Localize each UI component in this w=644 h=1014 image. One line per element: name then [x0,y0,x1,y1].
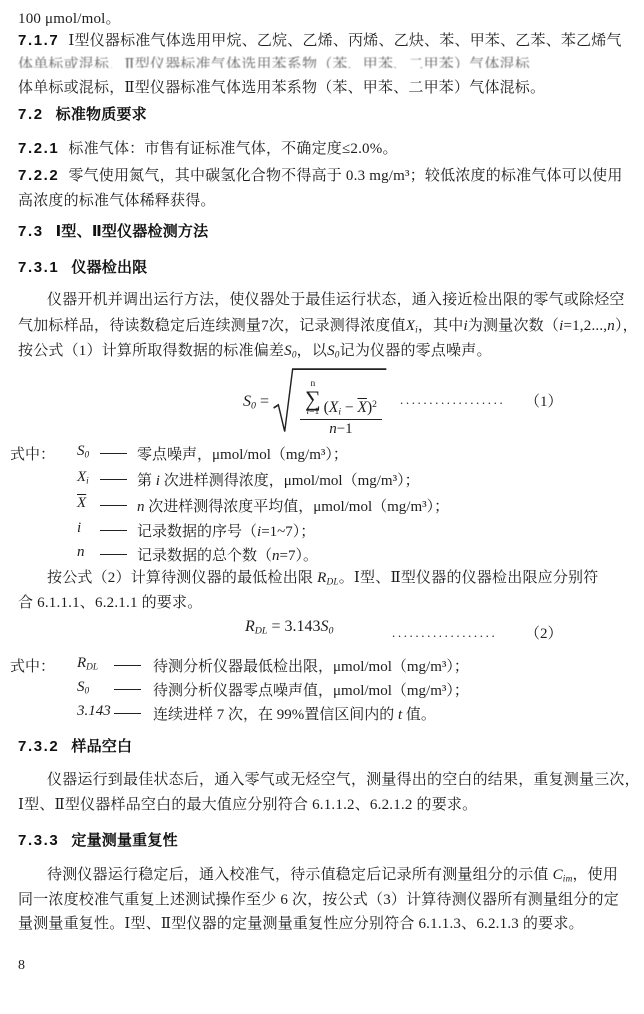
section-heading-7-3: 7.3Ⅰ型、Ⅱ型仪器检测方法 [18,220,208,241]
definition-row: Xi 第 i 次进样测得浓度，μmol/mol（mg/m³）； [0,469,644,495]
em-dash [100,530,127,531]
clause-7-2-1: 7.2.1标准气体：市售有证标准气体，不确定度≤2.0%。 [18,137,398,158]
clause-text: 零气使用氮气，其中碳氢化合物不得高于 0.3 mg/m³；较低浓度的标准气体可以… [68,168,622,184]
definition-row: X n 次进样测得浓度平均值，μmol/mol（mg/m³）； [0,495,644,521]
em-dash [100,479,127,480]
definition-row: i 记录数据的序号（i=1~7）； [0,520,644,546]
symbol-description: 连续进样 7 次，在 99%置信区间内的 t 值。 [153,703,436,724]
clause-7-1-7-line1: 7.1.7Ⅰ型仪器标准气体选用甲烷、乙烷、乙烯、丙烯、乙炔、苯、甲苯、乙苯、苯乙… [18,29,622,50]
symbol-description: 待测分析仪器零点噪声值，μmol/mol（mg/m³）； [153,679,469,700]
paragraph-line: 量测量重复性。Ⅰ型、Ⅱ型仪器的定量测量重复性应分别符合 6.1.1.3、6.2.… [18,912,584,933]
paragraph-line: 待测仪器运行稳定后，通入校准气，待示值稳定后记录所有测量组分的示值 Cim，使用 [47,863,618,884]
clause-number: 7.1.7 [18,32,59,49]
summation-lower-limit: i=1 [306,408,319,418]
em-dash [114,713,141,714]
where-label: 式中： [10,443,55,464]
symbol-description: n 次进样测得浓度平均值，μmol/mol（mg/m³）； [137,495,449,516]
paragraph-line: Ⅰ型、Ⅱ型仪器样品空白的最大值应分别符合 6.1.1.2、6.2.1.2 的要求… [18,793,477,814]
symbol: i [77,520,81,537]
clause-7-1-7-line2: 体单标或混标，Ⅱ型仪器标准气体选用苯系物（苯、甲苯、二甲苯）气体混标。 [18,76,545,97]
symbol-description: 零点噪声，μmol/mol（mg/m³）； [137,443,348,464]
page-number: 8 [18,958,25,974]
em-dash [100,554,127,555]
paragraph-line: 合 6.1.1.1、6.2.1.1 的要求。 [18,591,202,612]
heading-number: 7.3 [18,223,44,240]
symbol-description: 记录数据的序号（i=1~7）； [137,520,315,541]
symbol: RDL [77,655,98,672]
dot-leader: .................. [392,625,497,641]
symbol: 3.143 [77,703,111,720]
heading-number: 7.3.1 [18,259,59,276]
heading-number: 7.3.3 [18,832,59,849]
heading-title: 定量测量重复性 [71,832,177,849]
symbol: S0 [77,443,89,460]
definition-row: 式中： RDL 待测分析仪器最低检出限，μmol/mol（mg/m³）； [0,655,644,681]
summation: n ∑ i=1 [305,380,321,418]
definition-row: 3.143 连续进样 7 次，在 99%置信区间内的 t 值。 [0,703,644,729]
fraction: n ∑ i=1 (Xi − X)2 n−1 [300,380,382,438]
equation-1: S0 = n ∑ i=1 (Xi − X)2 [243,362,388,442]
symbol: Xi [77,469,89,486]
heading-title: 仪器检出限 [71,259,147,276]
formula-number: （1） [525,390,563,411]
em-dash [114,665,141,666]
clause-number: 7.2.1 [18,140,59,157]
square-root: n ∑ i=1 (Xi − X)2 n−1 [272,364,388,440]
paragraph-line: 气加标样品，待读数稳定后连续测量7次，记录测得浓度值Xi，其中i为测量次数（i=… [18,314,638,335]
paragraph-line: 仪器运行到最佳状态后，通入零气或无烃空气，测量得出的空白的结果，重复测量三次， [47,768,640,789]
clause-text: 标准气体：市售有证标准气体，不确定度≤2.0%。 [68,141,397,157]
symbol: X [77,495,86,512]
section-heading-7-3-3: 7.3.3定量测量重复性 [18,829,178,850]
scan-ghost-line: 体单标或混标，Ⅱ型仪器标准气体选用苯系物（苯、甲苯、二甲苯）气体混标 [18,53,530,68]
definition-row: S0 待测分析仪器零点噪声值，μmol/mol（mg/m³）； [0,679,644,705]
equation-2: RDL = 3.143S0 [245,618,333,636]
clause-number: 7.2.2 [18,167,59,184]
paragraph-line: 仪器开机并调出运行方法，使仪器处于最佳运行状态，通入接近检出限的零气或除烃空 [47,288,625,309]
numerator-expression: (Xi − X)2 [324,399,377,417]
section-heading-7-2: 7.2标准物质要求 [18,103,147,124]
formula-number: （2） [525,622,563,643]
paragraph-line: 同一浓度校准气重复上述测试操作至少 6 次，按公式（3）计算待测仪器所有测量组分… [18,888,619,909]
clause-text: Ⅰ型仪器标准气体选用甲烷、乙烷、乙烯、丙烯、乙炔、苯、甲苯、乙苯、苯乙烯气 [68,33,621,49]
ghost-text: 体单标或混标，Ⅱ型仪器标准气体选用苯系物（苯、甲苯、二甲苯）气体混标 [18,57,530,68]
clause-7-2-2-line2: 高浓度的标准气体稀释获得。 [18,189,216,210]
heading-title: 样品空白 [71,738,132,755]
symbol-description: 待测分析仪器最低检出限，μmol/mol（mg/m³）； [153,655,469,676]
denominator: n−1 [329,420,352,438]
document-page: 100 μmol/mol。 7.1.7Ⅰ型仪器标准气体选用甲烷、乙烷、乙烯、丙烯… [0,0,644,1014]
symbol-description: 记录数据的总个数（n=7）。 [137,544,318,565]
section-heading-7-3-1: 7.3.1仪器检出限 [18,256,147,277]
section-heading-7-3-2: 7.3.2样品空白 [18,735,132,756]
em-dash [114,689,141,690]
sigma-icon: ∑ [305,390,321,409]
formula-1: S0 = n ∑ i=1 (Xi − X)2 [0,362,644,442]
em-dash [100,505,127,506]
em-dash [100,453,127,454]
symbol-description: 第 i 次进样测得浓度，μmol/mol（mg/m³）； [137,469,420,490]
heading-number: 7.2 [18,106,44,123]
symbol: n [77,544,85,561]
dot-leader: .................. [400,392,505,408]
symbol: S0 [77,679,89,696]
equation-lhs: S0 = [243,393,269,411]
paragraph-line: 按公式（2）计算待测仪器的最低检出限 RDL。Ⅰ型、Ⅱ型仪器的仪器检出限应分别符 [47,566,598,587]
heading-title: Ⅰ型、Ⅱ型仪器检测方法 [56,223,209,240]
formula-2: RDL = 3.143S0 .................. （2） [0,618,644,648]
where-label: 式中： [10,655,55,676]
paragraph-line: 按公式（1）计算所取得数据的标准偏差S0，以S0记为仪器的零点噪声。 [18,339,492,360]
clause-7-2-2-line1: 7.2.2零气使用氮气，其中碳氢化合物不得高于 0.3 mg/m³；较低浓度的标… [18,164,623,185]
heading-number: 7.3.2 [18,738,59,755]
definition-row: 式中： S0 零点噪声，μmol/mol（mg/m³）； [0,443,644,469]
heading-title: 标准物质要求 [56,106,147,123]
intro-line: 100 μmol/mol。 [18,7,121,28]
